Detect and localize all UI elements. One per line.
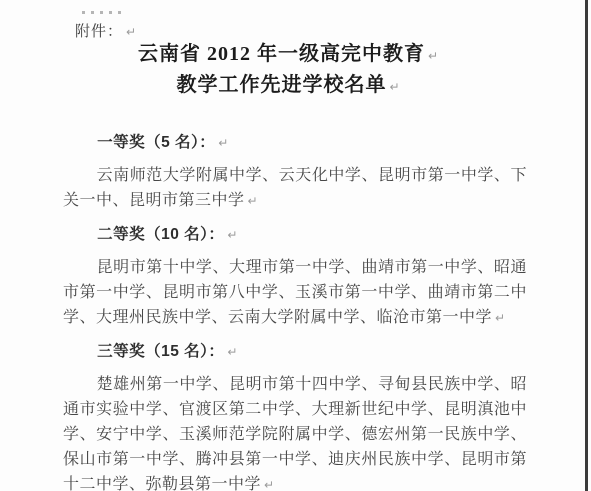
scan-artifact-top xyxy=(82,11,122,14)
section-first-prize: 一等奖（5 名）：↵ 云南师范大学附属中学、云天化中学、昆明市第一中学、下关一中… xyxy=(63,130,527,214)
third-prize-heading-text: 三等奖（15 名）： xyxy=(97,343,224,360)
first-prize-schools-text: 云南师范大学附属中学、云天化中学、昆明市第一中学、下关一中、昆明市第三中学 xyxy=(63,167,527,209)
paragraph-mark: ↵ xyxy=(425,49,438,63)
section-second-prize: 二等奖（10 名）：↵ 昆明市第十中学、大理市第一中学、曲靖市第一中学、昭通市第… xyxy=(63,222,527,331)
second-prize-schools-text: 昆明市第十中学、大理市第一中学、曲靖市第一中学、昭通市第一中学、昆明市第八中学、… xyxy=(63,259,527,326)
first-prize-heading: 一等奖（5 名）：↵ xyxy=(63,130,527,156)
title-line-2: 教学工作先进学校名单↵ xyxy=(40,71,536,102)
third-prize-schools-text: 楚雄州第一中学、昆明市第十四中学、寻甸县民族中学、昭通市实验中学、官渡区第二中学… xyxy=(63,376,527,491)
document-body: 一等奖（5 名）：↵ 云南师范大学附属中学、云天化中学、昆明市第一中学、下关一中… xyxy=(63,122,527,491)
first-prize-school-list: 云南师范大学附属中学、云天化中学、昆明市第一中学、下关一中、昆明市第三中学↵ xyxy=(63,163,527,214)
section-third-prize: 三等奖（15 名）：↵ 楚雄州第一中学、昆明市第十四中学、寻甸县民族中学、昭通市… xyxy=(63,339,527,491)
paragraph-mark: ↵ xyxy=(224,345,237,359)
title-text-1: 云南省 2012 年一级高完中教育 xyxy=(138,43,425,65)
third-prize-school-list: 楚雄州第一中学、昆明市第十四中学、寻甸县民族中学、昭通市实验中学、官渡区第二中学… xyxy=(63,372,527,491)
attachment-label: 附件： xyxy=(75,24,123,40)
first-prize-heading-text: 一等奖（5 名）： xyxy=(97,134,215,151)
third-prize-heading: 三等奖（15 名）：↵ xyxy=(63,339,527,365)
paragraph-mark: ↵ xyxy=(386,80,399,94)
paragraph-mark: ↵ xyxy=(215,136,228,150)
second-prize-school-list: 昆明市第十中学、大理市第一中学、曲靖市第一中学、昭通市第一中学、昆明市第八中学、… xyxy=(63,255,527,331)
paragraph-mark: ↵ xyxy=(224,228,237,242)
title-text-2: 教学工作先进学校名单 xyxy=(176,74,386,96)
attachment-line: 附件：↵ xyxy=(75,20,136,41)
paragraph-mark: ↵ xyxy=(245,194,258,208)
second-prize-heading-text: 二等奖（10 名）： xyxy=(97,226,224,243)
paragraph-mark: ↵ xyxy=(123,25,136,39)
paragraph-mark: ↵ xyxy=(261,478,274,491)
title-line-1: 云南省 2012 年一级高完中教育↵ xyxy=(40,40,536,71)
paragraph-mark: ↵ xyxy=(492,311,505,325)
scan-edge-line xyxy=(585,0,588,491)
document-page: 附件：↵ 云南省 2012 年一级高完中教育↵ 教学工作先进学校名单↵ 一等奖（… xyxy=(0,0,591,491)
document-title: 云南省 2012 年一级高完中教育↵ 教学工作先进学校名单↵ xyxy=(40,40,536,102)
second-prize-heading: 二等奖（10 名）：↵ xyxy=(63,222,527,248)
